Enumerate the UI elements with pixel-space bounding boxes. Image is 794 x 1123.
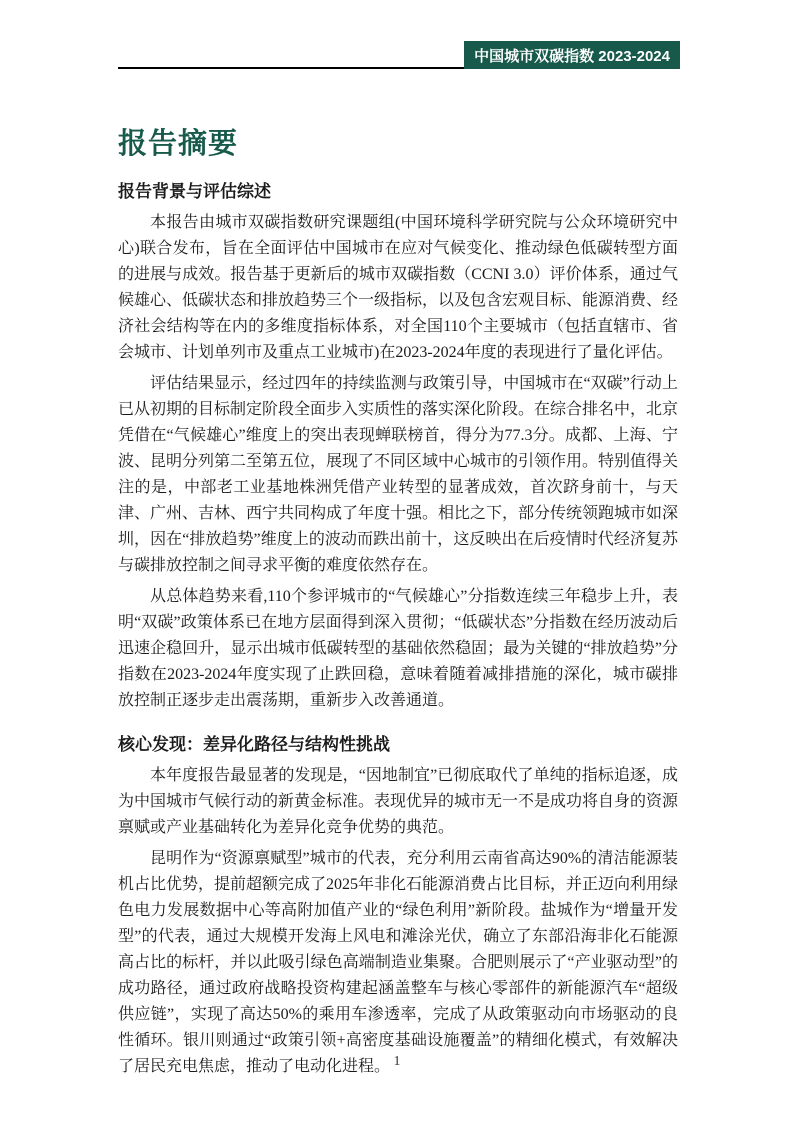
paragraph: 从总体趋势来看,110个参评城市的“气候雄心”分指数连续三年稳步上升，表明“双碳… <box>118 584 678 714</box>
section-background: 报告背景与评估综述 本报告由城市双碳指数研究课题组(中国环境科学研究院与公众环境… <box>118 180 678 714</box>
report-page: 中国城市双碳指数 2023-2024 报告摘要 报告背景与评估综述 本报告由城市… <box>0 0 794 1123</box>
paragraph: 本年度报告最显著的发现是，“因地制宜”已彻底取代了单纯的指标追逐，成为中国城市气… <box>118 763 678 841</box>
section-heading-background: 报告背景与评估综述 <box>118 180 678 204</box>
page-title: 报告摘要 <box>118 127 678 161</box>
paragraph: 昆明作为“资源禀赋型”城市的代表，充分利用云南省高达90%的清洁能源装机占比优势… <box>118 846 678 1080</box>
paragraph: 本报告由城市双碳指数研究课题组(中国环境科学研究院与公众环境研究中心)联合发布，… <box>118 210 678 366</box>
page-number: 1 <box>394 1054 401 1069</box>
content-column: 报告摘要 报告背景与评估综述 本报告由城市双碳指数研究课题组(中国环境科学研究院… <box>118 70 678 1085</box>
paragraph: 评估结果显示，经过四年的持续监测与政策引导，中国城市在“双碳”行动上已从初期的目… <box>118 371 678 579</box>
section-core-findings: 核心发现：差异化路径与结构性挑战 本年度报告最显著的发现是，“因地制宜”已彻底取… <box>118 733 678 1080</box>
header-banner: 中国城市双碳指数 2023-2024 <box>464 41 680 69</box>
page-footer: 1 <box>0 1054 794 1070</box>
section-heading-core-findings: 核心发现：差异化路径与结构性挑战 <box>118 733 678 757</box>
